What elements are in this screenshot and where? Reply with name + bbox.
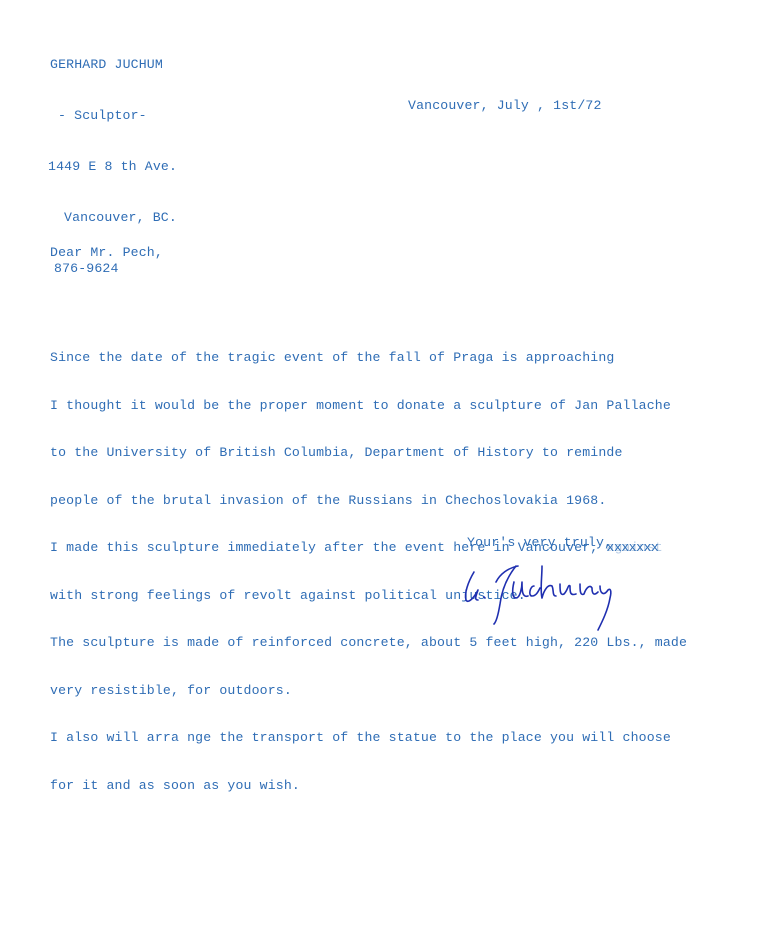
body-line: very resistible, for outdoors. [50, 683, 687, 699]
body-line: for it and as soon as you wish. [50, 778, 687, 794]
body-line: The sculpture is made of reinforced conc… [50, 635, 687, 651]
closing: Your's very truly, [467, 535, 612, 551]
body-line: people of the brutal invasion of the Rus… [50, 493, 687, 509]
sender-address-city: Vancouver, BC. [50, 208, 177, 227]
body-line: Since the date of the tragic event of th… [50, 350, 687, 366]
sender-phone: 876-9624 [50, 259, 177, 278]
struck-out-word: against [606, 540, 662, 555]
date-line: Vancouver, July , 1st/72 [408, 98, 602, 114]
sender-title: - Sculptor- [50, 106, 177, 125]
signature-icon [458, 560, 668, 635]
body-line: I also will arra nge the transport of th… [50, 730, 687, 746]
salutation: Dear Mr. Pech, [50, 245, 163, 261]
body-line: I thought it would be the proper moment … [50, 398, 687, 414]
sender-name: GERHARD JUCHUM [50, 55, 177, 74]
sender-address-street: 1449 E 8 th Ave. [48, 157, 177, 176]
body-line: to the University of British Columbia, D… [50, 445, 687, 461]
